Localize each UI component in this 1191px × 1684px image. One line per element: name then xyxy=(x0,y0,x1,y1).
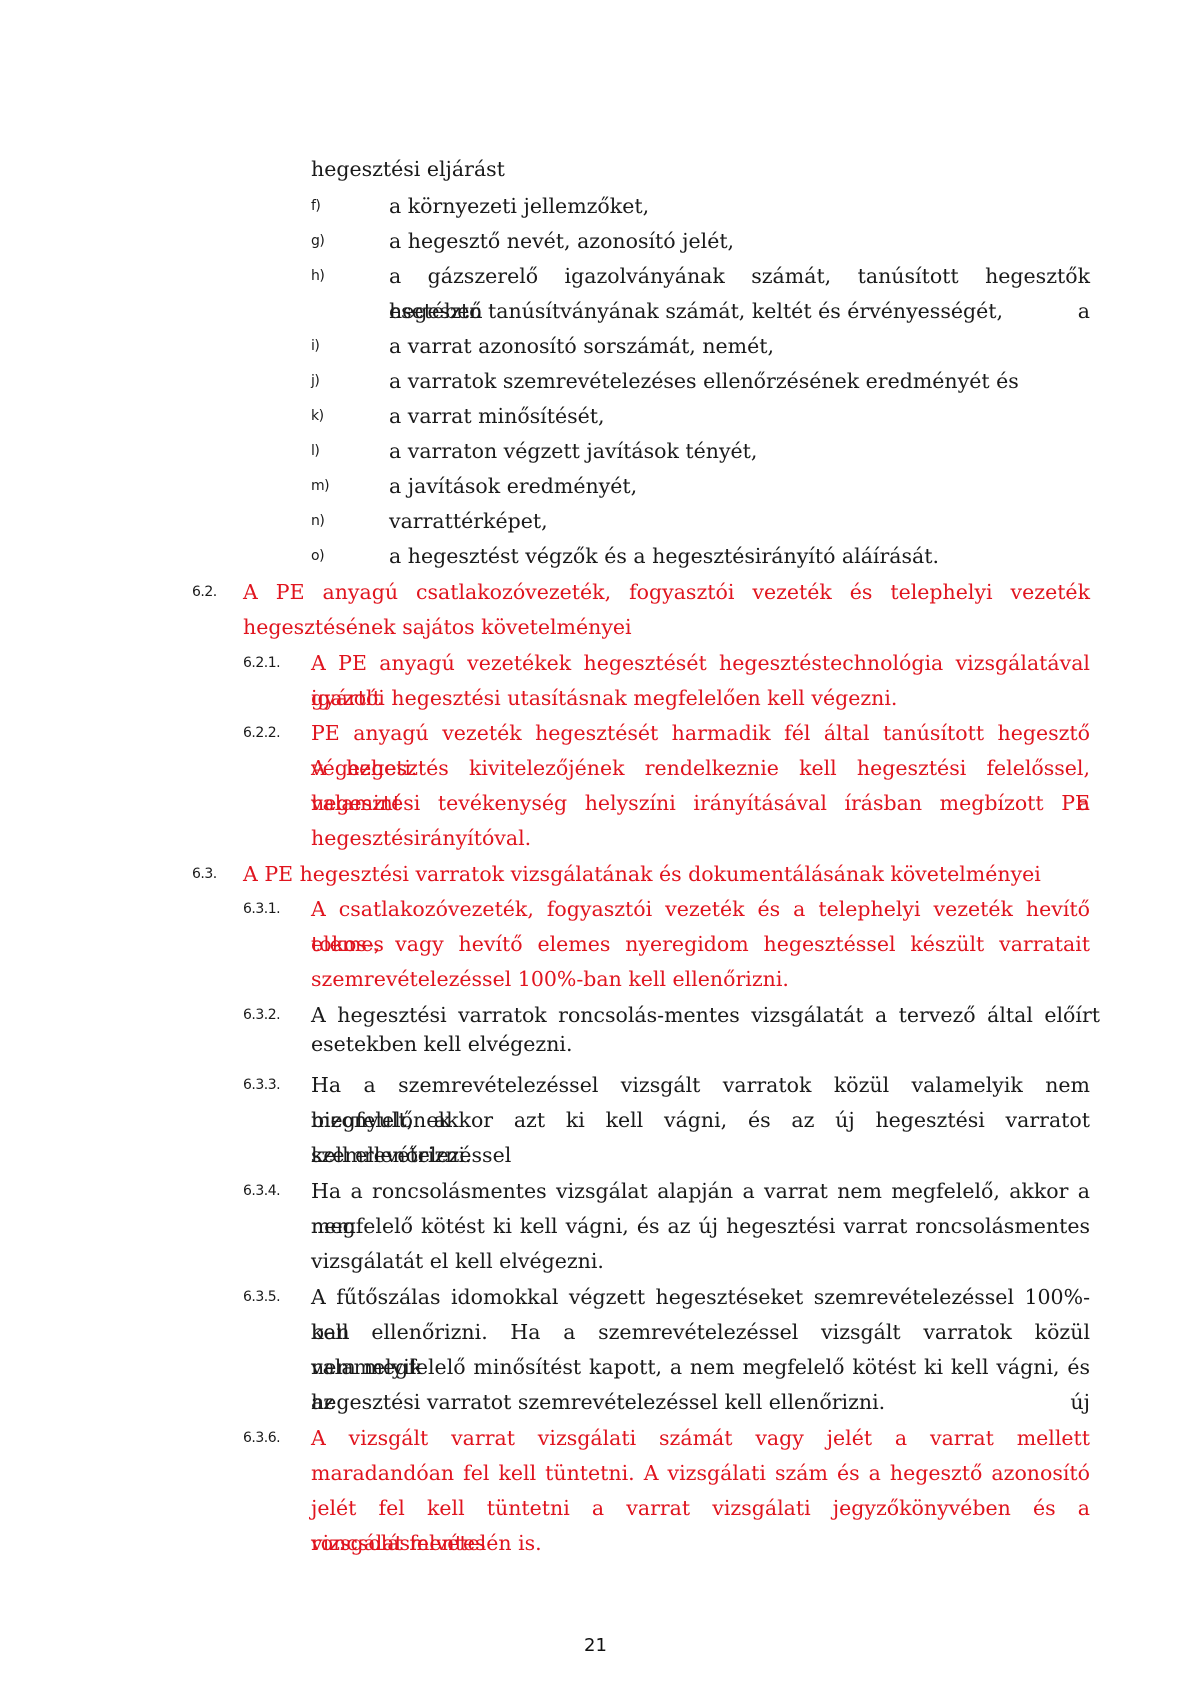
subsection-text: A vizsgált varrat vizsgálati számát vagy… xyxy=(311,1421,1090,1456)
subsection-text: maradandóan fel kell tüntetni. A vizsgál… xyxy=(311,1456,1090,1491)
subsection-number: 6.3.1. xyxy=(243,892,280,927)
list-item: a varrat minősítését, xyxy=(389,399,605,434)
list-item: a hegesztő nevét, azonosító jelét, xyxy=(389,224,734,259)
list-item: a varraton végzett javítások tényét, xyxy=(389,434,757,469)
section-number: 6.2. xyxy=(192,575,217,610)
page-number: 21 xyxy=(0,1635,1191,1656)
list-label: n) xyxy=(311,504,324,539)
subsection-number: 6.3.5. xyxy=(243,1280,280,1315)
subsection-number: 6.2.2. xyxy=(243,716,280,751)
subsection-number: 6.2.1. xyxy=(243,646,280,681)
subsection-text: hegesztési varratot szemrevételezéssel k… xyxy=(311,1385,885,1420)
subsection-text: esetekben kell elvégezni. xyxy=(311,1027,572,1062)
list-label: j) xyxy=(311,364,319,399)
section-heading: A PE anyagú csatlakozóvezeték, fogyasztó… xyxy=(243,575,1090,610)
subsection-text: hegesztésirányítóval. xyxy=(311,821,531,856)
section-heading: A PE hegesztési varratok vizsgálatának é… xyxy=(243,857,1041,892)
list-item: a környezeti jellemzőket, xyxy=(389,189,649,224)
list-item: varrattérképet, xyxy=(389,504,548,539)
subsection-text: vizsgálatát el kell elvégezni. xyxy=(311,1244,604,1279)
list-label: f) xyxy=(311,189,320,224)
list-item: a hegesztést végzők és a hegesztésirányí… xyxy=(389,539,939,574)
subsection-number: 6.3.4. xyxy=(243,1174,280,1209)
list-label: l) xyxy=(311,434,319,469)
list-label: m) xyxy=(311,469,329,504)
list-item: a varrat azonosító sorszámát, nemét, xyxy=(389,329,774,364)
list-label: o) xyxy=(311,539,324,574)
list-item: a varratok szemrevételezéses ellenőrzésé… xyxy=(389,364,1019,399)
section-heading-continuation: hegesztésének sajátos követelményei xyxy=(243,610,632,645)
subsection-text: tokos-, vagy hevítő elemes nyeregidom he… xyxy=(311,927,1090,962)
subsection-text: kell ellenőrizni. xyxy=(311,1138,472,1173)
subsection-number: 6.3.2. xyxy=(243,998,280,1033)
subsection-text: szemrevételezéssel 100%-ban kell ellenőr… xyxy=(311,962,789,997)
subsection-text: vizsgálat felvételén is. xyxy=(311,1526,542,1561)
subsection-number: 6.3.3. xyxy=(243,1068,280,1103)
list-label: i) xyxy=(311,329,319,364)
list-label: g) xyxy=(311,224,324,259)
subsection-text: megfelelő kötést ki kell vágni, és az új… xyxy=(311,1209,1090,1244)
subsection-text: gyártói hegesztési utasításnak megfelelő… xyxy=(311,681,897,716)
list-item: a javítások eredményét, xyxy=(389,469,637,504)
list-label: k) xyxy=(311,399,324,434)
document-page: hegesztési eljárást f) a környezeti jell… xyxy=(0,0,1191,1684)
intro-line: hegesztési eljárást xyxy=(311,152,505,187)
list-item-continuation: hegesztő tanúsítványának számát, keltét … xyxy=(389,294,1003,329)
list-label: h) xyxy=(311,259,324,294)
subsection-text: hegesztési tevékenység helyszíni irányít… xyxy=(311,786,1090,821)
section-number: 6.3. xyxy=(192,857,217,892)
subsection-number: 6.3.6. xyxy=(243,1421,280,1456)
